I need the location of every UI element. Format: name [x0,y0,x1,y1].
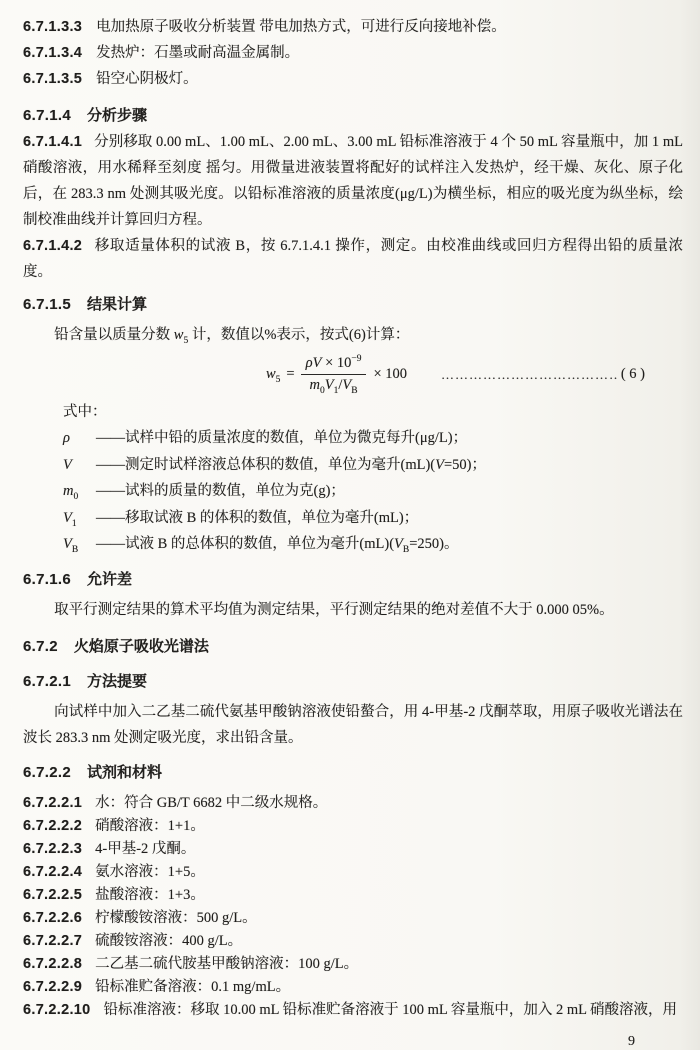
symbol: V [63,452,96,479]
heading-title: 结果计算 [87,296,147,313]
symbol: V1 [63,505,96,532]
definition-text: 测定时试样溶液总体积的数值，单位为毫升(mL)(V=50)； [125,452,683,479]
section-heading-6-7-2-1: 6.7.2.1方法提要 [23,668,683,695]
heading-title: 允许差 [87,571,132,588]
clause-number: 6.7.1.4.2 [23,238,82,254]
reagent-text: 氨水溶液：1+5。 [95,864,205,880]
heading-number: 6.7.1.6 [23,571,71,588]
clause-text: 发热炉：石墨或耐高温金属制。 [96,45,299,61]
clause-number: 6.7.2.2.2 [23,818,82,834]
heading-number: 6.7.2.2 [23,764,71,781]
definition-text: 试液 B 的总体积的数值，单位为毫升(mL)(VB=250)。 [125,531,683,558]
symbol-definition-row: ρ——试样中铅的质量浓度的数值，单位为微克每升(μg/L)； [23,425,683,452]
reagent-list: 6.7.2.2.1水：符合 GB/T 6682 中二级水规格。 6.7.2.2.… [23,792,683,1022]
heading-number: 6.7.1.5 [23,296,71,313]
definition-dash: —— [96,425,125,452]
section-heading-6-7-1-4: 6.7.1.4分析步骤 [23,102,683,129]
clause-number: 6.7.2.2.8 [23,956,82,972]
paragraph-6-7-1-4-1: 6.7.1.4.1分别移取 0.00 mL、1.00 mL、2.00 mL、3.… [23,129,683,233]
clause-number: 6.7.2.2.6 [23,910,82,926]
document-page: 6.7.1.3.3电加热原子吸收分析装置 带电加热方式，可进行反向接地补偿。 6… [0,0,700,1050]
formula-multiplier: × 100 [373,366,407,383]
formula-dot-leader: …………………………………… [441,367,617,383]
paragraph-6-7-1-4-2: 6.7.1.4.2移取适量体积的试液 B，按 6.7.1.4.1 操作，测定。由… [23,233,683,285]
calc-intro-paragraph: 铅含量以质量分数 w5 计，数值以%表示，按式(6)计算： [23,322,683,348]
clause-number: 6.7.2.2.3 [23,841,82,857]
clause-row: 6.7.1.3.4发热炉：石墨或耐高温金属制。 [23,40,683,66]
reagent-text: 二乙基二硫代胺基甲酸钠溶液：100 g/L。 [95,956,358,972]
heading-number: 6.7.2.1 [23,673,71,690]
definition-dash: —— [96,505,125,532]
reagent-row: 6.7.2.2.4氨水溶液：1+5。 [23,861,683,884]
section-heading-6-7-2-2: 6.7.2.2试剂和材料 [23,759,683,786]
paragraph-text: 移取适量体积的试液 B，按 6.7.1.4.1 操作，测定。由校准曲线或回归方程… [23,238,683,280]
symbol: ρ [63,425,96,452]
reagent-row: 6.7.2.2.10铅标准溶液：移取 10.00 mL 铅标准贮备溶液于 100… [23,999,683,1022]
symbol-definition-row: V1——移取试液 B 的体积的数值，单位为毫升(mL)； [23,505,683,532]
clause-row: 6.7.1.3.3电加热原子吸收分析装置 带电加热方式，可进行反向接地补偿。 [23,14,683,40]
reagent-text: 柠檬酸铵溶液：500 g/L。 [95,910,257,926]
heading-title: 试剂和材料 [87,764,162,781]
clause-number: 6.7.2.2.5 [23,887,82,903]
clause-number: 6.7.2.2.4 [23,864,82,880]
formula-lhs: w5 [266,366,280,383]
reagent-text: 铅标准溶液：移取 10.00 mL 铅标准贮备溶液于 100 mL 容量瓶中，加… [104,1002,678,1018]
reagent-row: 6.7.2.2.5盐酸溶液：1+3。 [23,884,683,907]
section-heading-6-7-2: 6.7.2火焰原子吸收光谱法 [23,633,683,660]
clause-text: 电加热原子吸收分析装置 带电加热方式，可进行反向接地补偿。 [96,19,506,35]
reagent-row: 6.7.2.2.34-甲基-2 戊酮。 [23,838,683,861]
reagent-text: 硝酸溶液：1+1。 [95,818,205,834]
clause-number: 6.7.2.2.7 [23,933,82,949]
clause-number: 6.7.1.3.3 [23,19,82,35]
reagent-row: 6.7.2.2.2硝酸溶液：1+1。 [23,815,683,838]
reagent-text: 盐酸溶液：1+3。 [95,887,205,903]
clause-number: 6.7.1.3.4 [23,45,82,61]
section-heading-6-7-1-5: 6.7.1.5结果计算 [23,291,683,318]
reagent-text: 铅标准贮备溶液：0.1 mg/mL。 [95,979,290,995]
section-heading-6-7-1-6: 6.7.1.6允许差 [23,566,683,593]
heading-number: 6.7.2 [23,638,58,655]
reagent-text: 4-甲基-2 戊酮。 [95,841,195,857]
formula-equation-number: ( 6 ) [621,366,645,383]
symbol-definition-row: VB——试液 B 的总体积的数值，单位为毫升(mL)(VB=250)。 [23,531,683,558]
definition-text: 试料的质量的数值，单位为克(g)； [125,478,683,505]
symbol: m0 [63,478,96,505]
tolerance-paragraph: 取平行测定结果的算术平均值为测定结果，平行测定结果的绝对差值不大于 0.000 … [23,597,683,623]
definition-dash: —— [96,478,125,505]
definition-dash: —— [96,531,125,558]
page-number: 9 [23,1031,683,1050]
clause-number: 6.7.2.2.1 [23,795,82,811]
reagent-row: 6.7.2.2.1水：符合 GB/T 6682 中二级水规格。 [23,792,683,815]
clause-row: 6.7.1.3.5铅空心阴极灯。 [23,66,683,92]
heading-title: 分析步骤 [87,107,147,124]
formula-numerator: ρV × 10−9 [301,355,367,375]
reagent-row: 6.7.2.2.9铅标准贮备溶液：0.1 mg/mL。 [23,976,683,999]
formula-fraction: ρV × 10−9 m0V1/VB [301,355,367,394]
clause-number: 6.7.1.3.5 [23,71,82,87]
symbol-definition-row: m0——试料的质量的数值，单位为克(g)； [23,478,683,505]
clause-number: 6.7.2.2.9 [23,979,82,995]
reagent-row: 6.7.2.2.6柠檬酸铵溶液：500 g/L。 [23,907,683,930]
reagent-row: 6.7.2.2.7硫酸铵溶液：400 g/L。 [23,930,683,953]
formula-equals: = [286,366,294,383]
reagent-row: 6.7.2.2.8二乙基二硫代胺基甲酸钠溶液：100 g/L。 [23,953,683,976]
definition-dash: —— [96,452,125,479]
clause-text: 铅空心阴极灯。 [96,71,198,87]
heading-title: 火焰原子吸收光谱法 [74,638,209,655]
symbol: VB [63,531,96,558]
where-label: 式中： [23,399,683,425]
paragraph-text: 分别移取 0.00 mL、1.00 mL、2.00 mL、3.00 mL 铅标准… [23,134,683,228]
definition-text: 试样中铅的质量浓度的数值，单位为微克每升(μg/L)； [125,425,683,452]
formula-6: w5 = ρV × 10−9 m0V1/VB × 100 ……………………………… [23,355,645,394]
symbol-definition-row: V——测定时试样溶液总体积的数值，单位为毫升(mL)(V=50)； [23,452,683,479]
clause-number: 6.7.2.2.10 [23,1002,91,1018]
definition-text: 移取试液 B 的体积的数值，单位为毫升(mL)； [125,505,683,532]
heading-number: 6.7.1.4 [23,107,71,124]
reagent-text: 水：符合 GB/T 6682 中二级水规格。 [95,795,327,811]
formula-denominator: m0V1/VB [301,375,367,394]
reagent-text: 硫酸铵溶液：400 g/L。 [95,933,242,949]
heading-title: 方法提要 [87,673,147,690]
clause-number: 6.7.1.4.1 [23,134,82,150]
method-summary-paragraph: 向试样中加入二乙基二硫代氨基甲酸钠溶液使铅螯合，用 4-甲基-2 戊酮萃取，用原… [23,699,683,751]
